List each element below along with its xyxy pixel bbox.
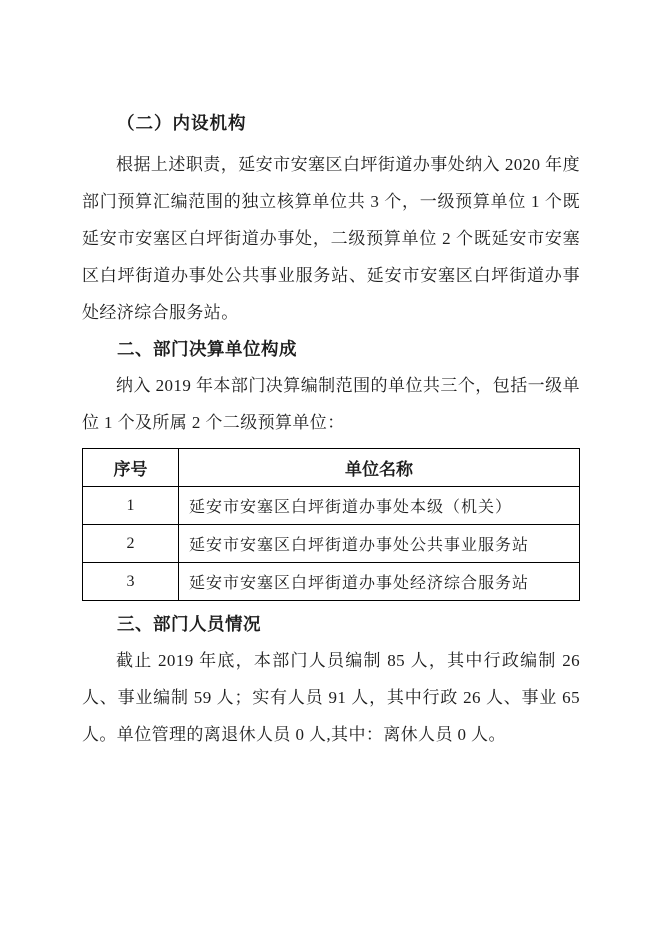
table-header-index: 序号 bbox=[83, 449, 179, 487]
table-header-row: 序号 单位名称 bbox=[83, 449, 580, 487]
heading-unit-composition: 二、部门决算单位构成 bbox=[82, 331, 580, 367]
table-cell-unit-name: 延安市安塞区白坪街道办事处经济综合服务站 bbox=[179, 563, 580, 601]
table-cell-unit-name: 延安市安塞区白坪街道办事处本级（机关） bbox=[179, 487, 580, 525]
heading-internal-org: （二）内设机构 bbox=[82, 106, 580, 140]
paragraph-personnel: 截止 2019 年底，本部门人员编制 85 人，其中行政编制 26 人、事业编制… bbox=[82, 642, 580, 753]
table-cell-index: 1 bbox=[83, 487, 179, 525]
document-page: （二）内设机构 根据上述职责，延安市安塞区白坪街道办事处纳入 2020 年度部门… bbox=[0, 0, 662, 936]
table-header-unit-name: 单位名称 bbox=[179, 449, 580, 487]
units-table-header: 序号 单位名称 bbox=[83, 449, 580, 487]
table-cell-index: 2 bbox=[83, 525, 179, 563]
table-row: 2 延安市安塞区白坪街道办事处公共事业服务站 bbox=[83, 525, 580, 563]
table-row: 3 延安市安塞区白坪街道办事处经济综合服务站 bbox=[83, 563, 580, 601]
units-table: 序号 单位名称 1 延安市安塞区白坪街道办事处本级（机关） 2 延安市安塞区白坪… bbox=[82, 448, 580, 601]
table-row: 1 延安市安塞区白坪街道办事处本级（机关） bbox=[83, 487, 580, 525]
document-content: （二）内设机构 根据上述职责，延安市安塞区白坪街道办事处纳入 2020 年度部门… bbox=[82, 106, 580, 753]
paragraph-unit-composition: 纳入 2019 年本部门决算编制范围的单位共三个，包括一级单位 1 个及所属 2… bbox=[82, 367, 580, 441]
table-cell-index: 3 bbox=[83, 563, 179, 601]
heading-personnel: 三、部门人员情况 bbox=[82, 606, 580, 642]
paragraph-internal-org: 根据上述职责，延安市安塞区白坪街道办事处纳入 2020 年度部门预算汇编范围的独… bbox=[82, 146, 580, 331]
units-table-body: 1 延安市安塞区白坪街道办事处本级（机关） 2 延安市安塞区白坪街道办事处公共事… bbox=[83, 487, 580, 601]
table-cell-unit-name: 延安市安塞区白坪街道办事处公共事业服务站 bbox=[179, 525, 580, 563]
